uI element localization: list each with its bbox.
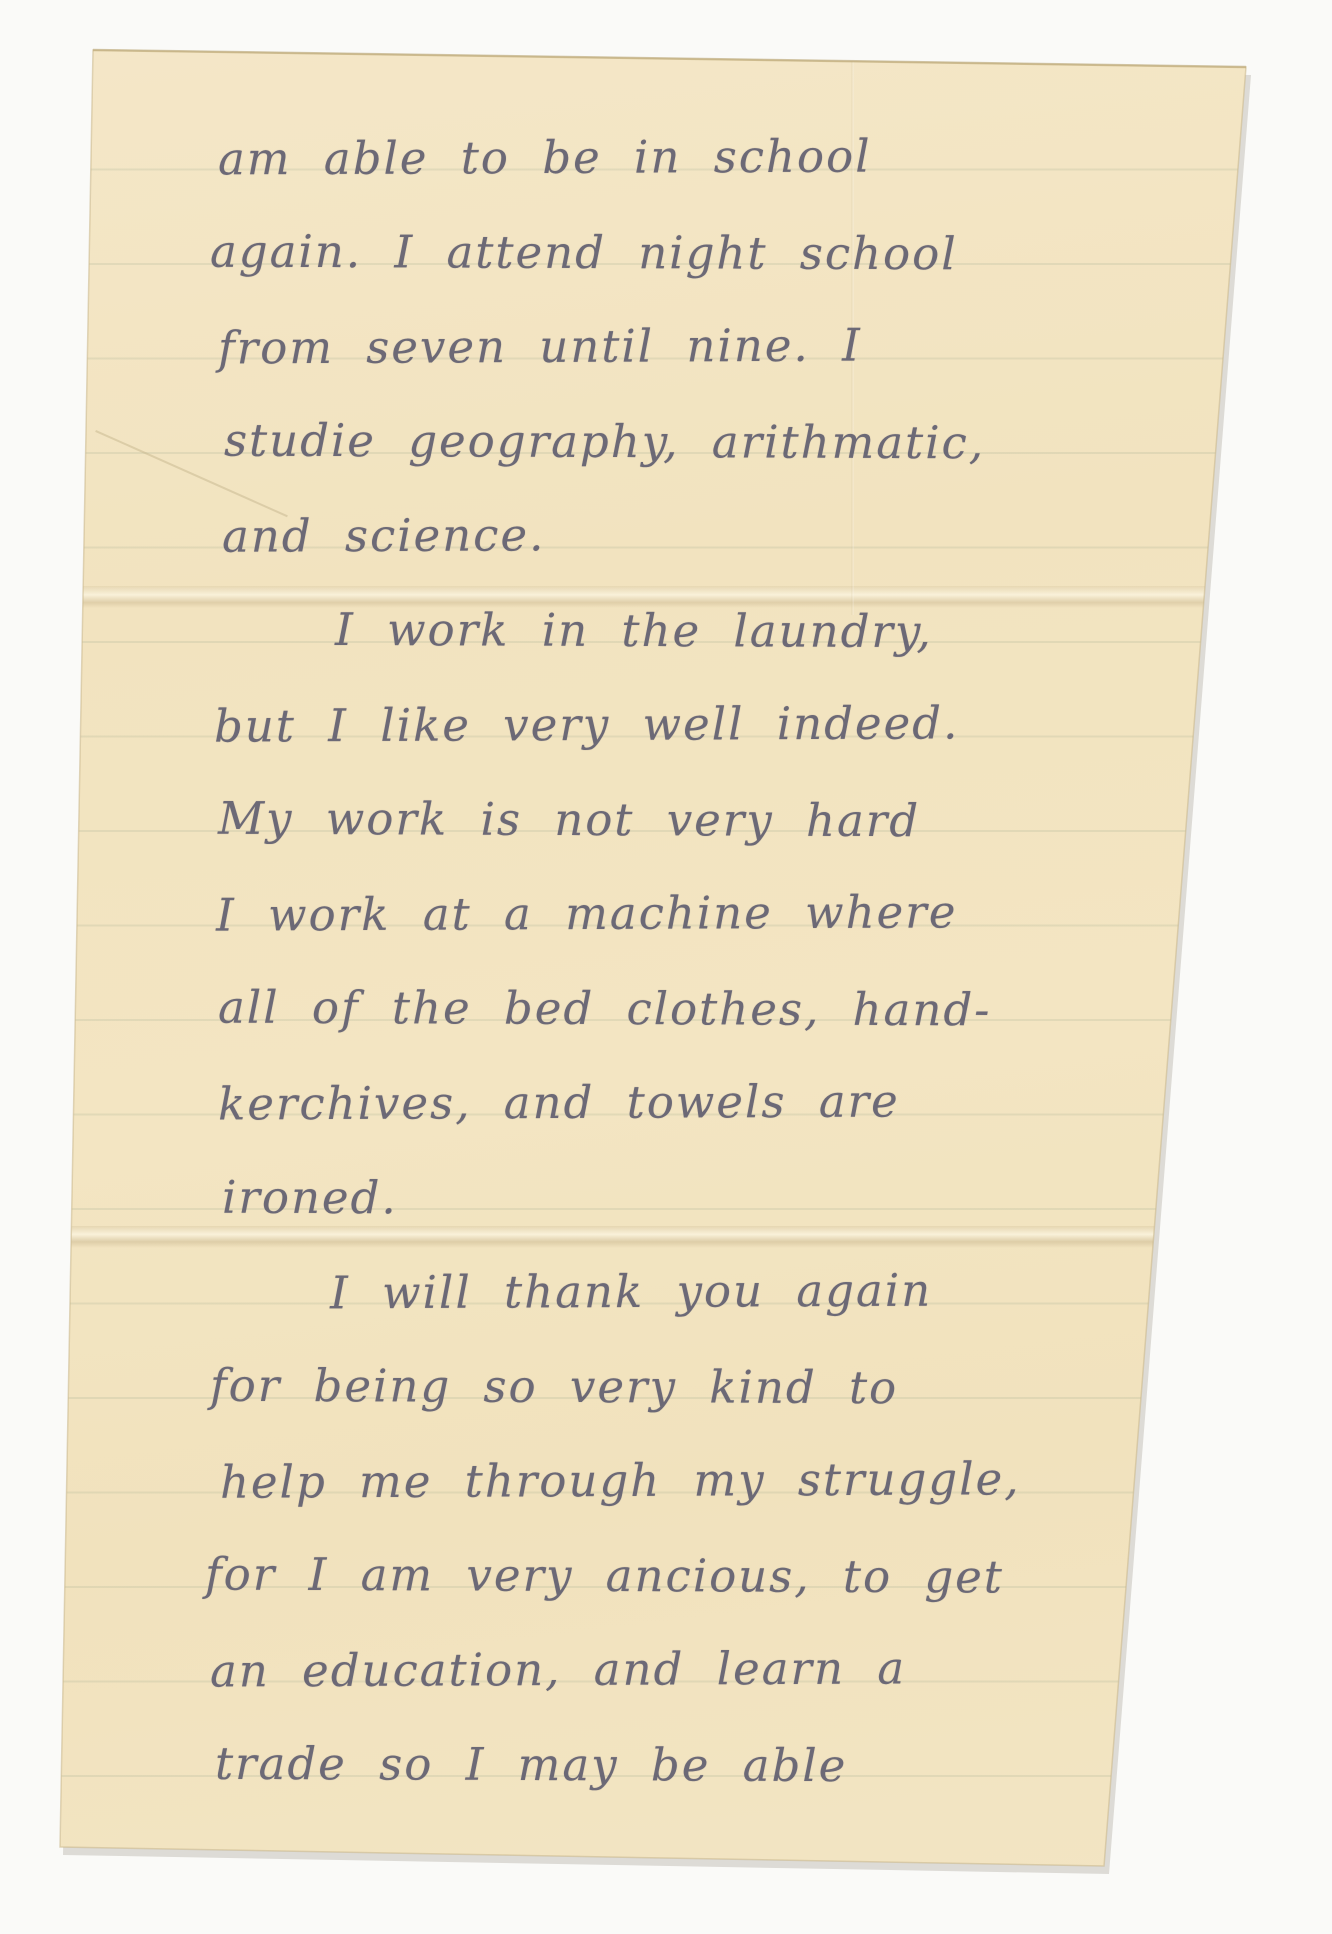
scan-background: am able to be in school again. I attend … [0,0,1332,1934]
paper-edge [0,0,1332,1934]
